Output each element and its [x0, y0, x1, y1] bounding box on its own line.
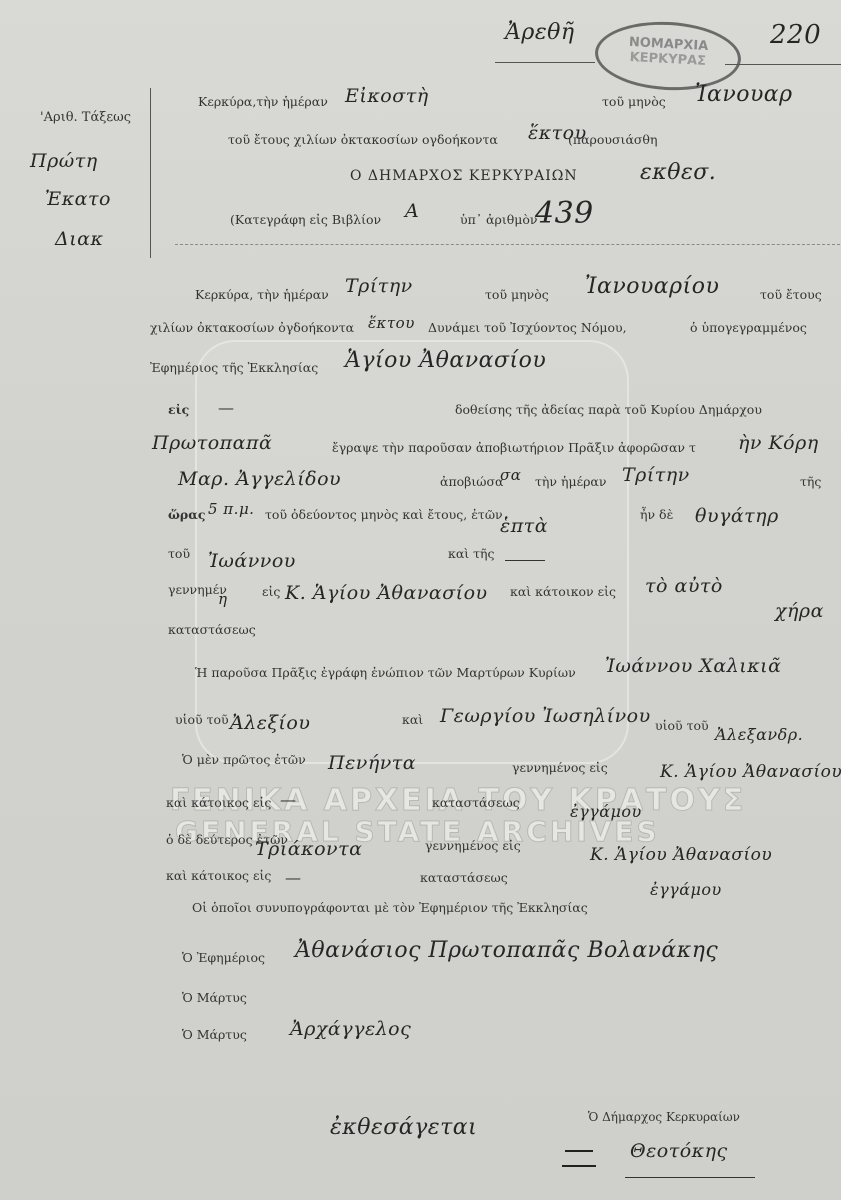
- header-month-label: τοῦ μηνὸς: [602, 94, 666, 109]
- body-died-suffix-hw: σα: [500, 466, 521, 484]
- witness1-son-of-label: υἱοῦ τοῦ: [175, 712, 229, 727]
- body-priest-church-label: Ἐφημέριος τῆς Ἐκκλησίας: [150, 360, 318, 375]
- first-witness-res-label: καὶ κάτοικος εἰς: [166, 795, 271, 810]
- witness2-signature: Ἀρχάγγελος: [290, 1018, 411, 1040]
- page-number: 220: [770, 20, 821, 50]
- header-separator: [175, 244, 840, 246]
- second-witness-res-label: καὶ κάτοικος εἰς: [166, 868, 271, 883]
- mayor-sign-hw: εκθεσ.: [640, 160, 716, 185]
- body-hour-hw: 5 π.μ.: [208, 500, 254, 518]
- body-birthplace-hw: Κ. Ἁγίου Ἀθανασίου: [285, 582, 488, 604]
- header-day-hw: Εἰκοστὴ: [345, 85, 429, 107]
- mayor-signature: Θεοτόκης: [630, 1140, 728, 1162]
- registry-number-label: ὑπ᾽ ἀριθμὸν: [460, 212, 538, 227]
- top-rule-right: [725, 64, 841, 65]
- body-died-text: ἀποβιώσα: [440, 474, 503, 489]
- first-witness-age-label: Ὁ μὲν πρῶτος ἐτῶν: [182, 752, 306, 767]
- order-number-label: 'Αριθ. Τάξεως: [40, 110, 131, 125]
- witness1-name-hw: Ἰωάννου Χαλικιᾶ: [605, 655, 781, 677]
- body-hour-label: ὥρας: [168, 507, 205, 522]
- registry-prefix: (Κατεγράφη εἰς Βιβλίον: [230, 212, 381, 227]
- witness1-sign-label: Ὁ Μάρτυς: [182, 990, 247, 1005]
- body-law-text: Δυνάμει τοῦ Ἰσχύοντος Νόμου,: [428, 320, 627, 335]
- body-day-hw: Τρίτην: [345, 275, 413, 297]
- body-wrote-text: ἔγραψε τὴν παροῦσαν ἀποβιωτήριον Πρᾶξιν …: [332, 440, 696, 455]
- margin-divider: [150, 88, 151, 258]
- witnesses-and-label: καὶ: [402, 712, 423, 727]
- body-year-label: τοῦ ἔτους: [760, 287, 822, 302]
- order-number-hw-3: Διακ: [55, 228, 103, 250]
- extra-signature-note: ἐκθεσάγεται: [330, 1115, 477, 1140]
- body-father-hw: Ἰωάννου: [208, 550, 296, 572]
- first-witness-born-hw: Κ. Ἁγίου Ἀθανασίου: [660, 762, 841, 782]
- witness2-name-hw: Γεωργίου Ἰωσηλίνου: [440, 705, 651, 727]
- body-deceased-name-hw: Μαρ. Ἀγγελίδου: [178, 468, 341, 490]
- second-witness-born-label: γεννημένος εἰς: [425, 838, 521, 853]
- body-witnesses-line: Ἡ παροῦσα Πρᾶξις ἐγράφη ἐνώπιον τῶν Μαρτ…: [195, 665, 576, 680]
- header-month-hw: Ἰανουαρ: [695, 82, 793, 107]
- top-handwritten-note: Ἀρεθῆ: [505, 20, 575, 45]
- body-born-suffix-hw: η: [218, 590, 228, 608]
- first-witness-res-value: —: [280, 790, 296, 809]
- second-witness-status-label: καταστάσεως: [420, 870, 508, 885]
- body-year-prefix: χιλίων ὀκτακοσίων ὀγδοήκοντα: [150, 320, 354, 335]
- body-daughter-hw: θυγάτηρ: [695, 505, 779, 527]
- header-date-prefix: Κερκύρα,τὴν ἡμέραν: [198, 94, 328, 109]
- body-residence-label: καὶ κάτοικον εἰς: [510, 584, 616, 599]
- body-in-label: εἰς: [168, 402, 189, 417]
- priest-label: Ὁ Ἐφημέριος: [182, 950, 265, 965]
- body-undersigned: ὁ ὑπογεγραμμένος: [690, 320, 807, 335]
- witness2-father-hw: Ἀλεξανδρ.: [715, 725, 803, 744]
- witness2-sign-label: Ὁ Μάρτυς: [182, 1027, 247, 1042]
- header-year-prefix: τοῦ ἔτους χιλίων ὀκτακοσίων ογδοήκοντα: [228, 132, 498, 147]
- first-witness-born-label: γεννημένος εἰς: [512, 760, 608, 775]
- body-and-mother-label: καὶ τῆς: [448, 546, 495, 561]
- body-death-day-hw: Τρίτην: [622, 464, 690, 486]
- header-presented: (παρουσιάσθη: [568, 132, 657, 147]
- body-church-hw: Ἁγίου Ἀθανασίου: [345, 348, 546, 373]
- body-of-label: τῆς: [800, 474, 821, 489]
- document-page: ΓΕΝΙΚΑ ΑΡΧΕΙΑ ΤΟΥ ΚΡΑΤΟΥΣ GENERAL STATE …: [0, 0, 841, 1200]
- first-witness-status-label: καταστάσεως: [432, 795, 520, 810]
- body-permission-text: δοθείσης τῆς ἀδείας παρὰ τοῦ Κυρίου Δημά…: [455, 402, 762, 417]
- first-witness-status-hw: ἐγγάμου: [570, 802, 642, 821]
- witness2-son-of-label: υἱοῦ τοῦ: [655, 718, 709, 733]
- registry-book-hw: Α: [405, 200, 419, 222]
- body-month-hw: Ἰανουαρίου: [585, 274, 719, 299]
- body-age-hw: ἑπτὰ: [500, 515, 548, 537]
- body-current-month-text: τοῦ ὀδεύοντος μηνὸς καὶ ἔτους, ἐτῶν: [265, 507, 503, 522]
- body-status-hw: χήρα: [775, 600, 824, 622]
- body-deceased-hw-1: ὴν Κόρη: [738, 432, 819, 454]
- body-was-label: ἦν δὲ: [640, 507, 673, 522]
- body-year-hw: ἕκτου: [368, 314, 415, 332]
- body-date-prefix: Κερκύρα, τὴν ἡμέραν: [195, 287, 329, 302]
- priest-signature: Ἀθανάσιος Πρωτοπαπᾶς Βολανάκης: [295, 938, 718, 963]
- body-month-label: τοῦ μηνὸς: [485, 287, 549, 302]
- body-status-label: καταστάσεως: [168, 622, 256, 637]
- mayor-sign-dash-1: [565, 1150, 593, 1152]
- order-number-hw-2: Ἐκατο: [45, 188, 111, 210]
- registry-number-hw: 439: [535, 196, 594, 231]
- second-witness-status-hw: ἐγγάμου: [650, 880, 722, 899]
- order-number-hw-1: Πρώτη: [30, 150, 98, 172]
- closing-line: Οἱ ὁποῖοι συνυπογράφονται μὲ τὸν Ἐφημέρι…: [192, 900, 588, 915]
- first-witness-age-hw: Πενήντα: [328, 752, 416, 774]
- mayor-title: Ο ΔΗΜΑΡΧΟΣ ΚΕΡΚΥΡΑΙΩΝ: [350, 168, 578, 184]
- body-mother-blank: [505, 560, 545, 561]
- body-in-place-label: εἰς: [262, 584, 280, 599]
- witness1-father-hw: Ἀλεξίου: [230, 712, 310, 734]
- mayor-sign-dash-2: [562, 1165, 596, 1167]
- body-of-father-label: τοῦ: [168, 546, 190, 561]
- mayor-sign-label: Ὁ Δήμαρχος Κερκυραίων: [588, 1110, 740, 1124]
- body-death-day-label: τὴν ἡμέραν: [535, 474, 606, 489]
- body-in-dash: —: [218, 398, 234, 417]
- second-witness-age-hw: Τριάκοντα: [255, 838, 362, 860]
- body-residence-hw: τὸ αὐτὸ: [645, 575, 723, 597]
- body-writer-hw: Πρωτοπαπᾶ: [152, 432, 272, 454]
- top-rule-left: [495, 62, 595, 63]
- second-witness-res-value: —: [285, 868, 301, 887]
- mayor-sign-underline: [625, 1177, 755, 1178]
- second-witness-born-hw: Κ. Ἁγίου Ἀθανασίου: [590, 845, 772, 865]
